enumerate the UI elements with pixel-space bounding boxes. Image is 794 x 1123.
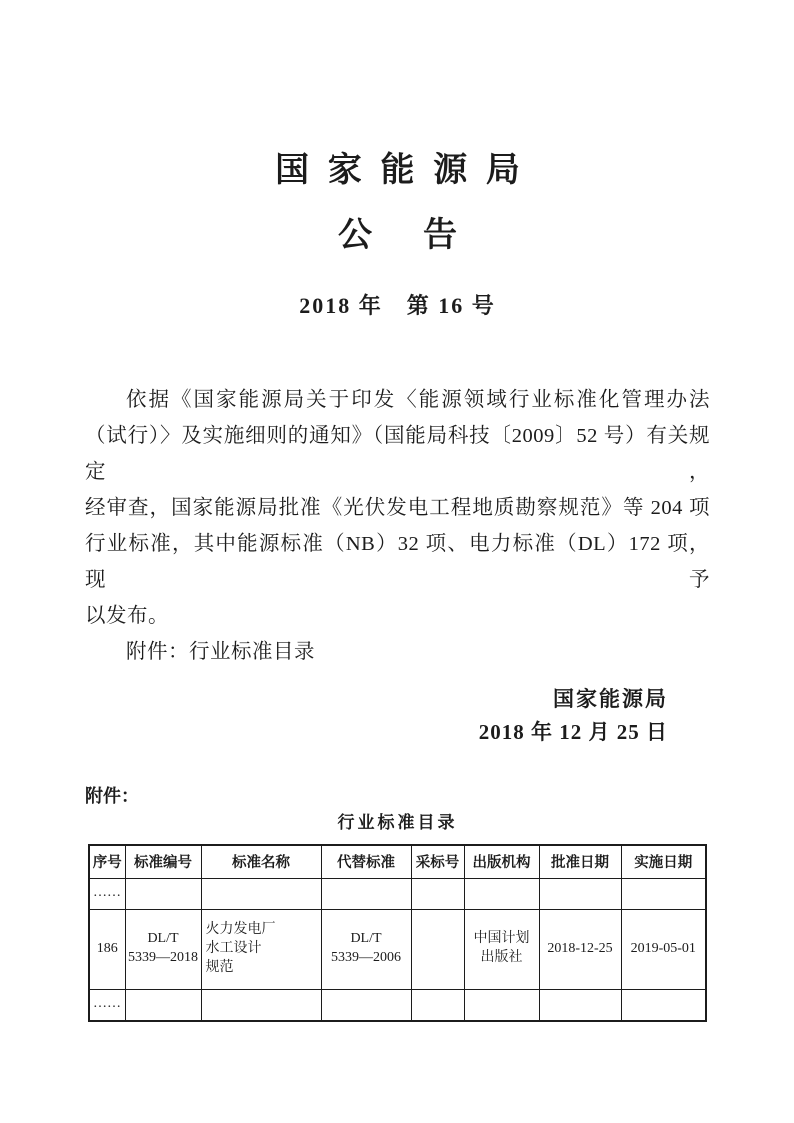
cell-approval-date	[539, 878, 621, 909]
cell-adopted-no	[411, 909, 464, 989]
table-row-standard-186: 186 DL/T 5339—2018 火力发电厂 水工设计 规范 DL/T 53…	[89, 909, 706, 989]
cell-publisher	[464, 878, 539, 909]
column-header-implementation-date: 实施日期	[621, 845, 706, 879]
column-header-publisher: 出版机构	[464, 845, 539, 879]
cell-implementation-date: 2019-05-01	[621, 909, 706, 989]
table-header-row: 序号 标准编号 标准名称 代替标准 采标号 出版机构 批准日期 实施日期	[89, 845, 706, 879]
attachment-label: 附件：	[85, 784, 710, 808]
signature-org: 国家能源局	[85, 684, 668, 716]
body-line-2: （试行）〉及实施细则的通知》（国能局科技〔2009〕52 号）有关规定，	[85, 418, 710, 490]
table-row-ellipsis-bottom: ……	[89, 989, 706, 1021]
cell-implementation-date	[621, 989, 706, 1021]
cell-seq: 186	[89, 909, 125, 989]
standards-table: 序号 标准编号 标准名称 代替标准 采标号 出版机构 批准日期 实施日期 ……	[88, 844, 707, 1022]
signature-date: 2018 年 12 月 25 日	[85, 716, 668, 748]
body-line-3: 经审查，国家能源局批准《光伏发电工程地质勘察规范》等 204 项	[85, 490, 710, 526]
cell-replaced-standard	[321, 989, 411, 1021]
column-header-adopted-no: 采标号	[411, 845, 464, 879]
cell-standard-no	[125, 989, 201, 1021]
table-row-ellipsis-top: ……	[89, 878, 706, 909]
table-title: 行业标准目录	[85, 812, 710, 834]
cell-adopted-no	[411, 989, 464, 1021]
issue-number: 2018 年 第 16 号	[85, 292, 710, 320]
cell-publisher	[464, 989, 539, 1021]
cell-approval-date	[539, 989, 621, 1021]
cell-approval-date: 2018-12-25	[539, 909, 621, 989]
body-paragraph: 依据《国家能源局关于印发〈能源领域行业标准化管理办法 （试行）〉及实施细则的通知…	[85, 382, 710, 670]
cell-replaced-standard	[321, 878, 411, 909]
column-header-approval-date: 批准日期	[539, 845, 621, 879]
signature-block: 国家能源局 2018 年 12 月 25 日	[85, 684, 710, 748]
column-header-standard-no: 标准编号	[125, 845, 201, 879]
cell-publisher: 中国计划 出版社	[464, 909, 539, 989]
document-page: 国家能源局 公告 2018 年 第 16 号 依据《国家能源局关于印发〈能源领域…	[0, 0, 794, 1123]
body-line-5: 以发布。	[85, 598, 710, 634]
cell-standard-no	[125, 878, 201, 909]
body-line-4: 行业标准，其中能源标准（NB）32 项、电力标准（DL）172 项，现予	[85, 526, 710, 598]
column-header-replaced-standard: 代替标准	[321, 845, 411, 879]
cell-standard-name	[201, 878, 321, 909]
cell-implementation-date	[621, 878, 706, 909]
agency-title: 国家能源局	[85, 150, 710, 191]
column-header-standard-name: 标准名称	[201, 845, 321, 879]
cell-standard-name	[201, 989, 321, 1021]
doc-type-title: 公告	[85, 215, 710, 256]
cell-standard-no: DL/T 5339—2018	[125, 909, 201, 989]
cell-seq: ……	[89, 989, 125, 1021]
cell-seq: ……	[89, 878, 125, 909]
cell-replaced-standard: DL/T 5339—2006	[321, 909, 411, 989]
body-line-attachment-note: 附件：行业标准目录	[85, 634, 710, 670]
column-header-seq: 序号	[89, 845, 125, 879]
body-line-1: 依据《国家能源局关于印发〈能源领域行业标准化管理办法	[85, 382, 710, 418]
cell-standard-name: 火力发电厂 水工设计 规范	[201, 909, 321, 989]
cell-adopted-no	[411, 878, 464, 909]
